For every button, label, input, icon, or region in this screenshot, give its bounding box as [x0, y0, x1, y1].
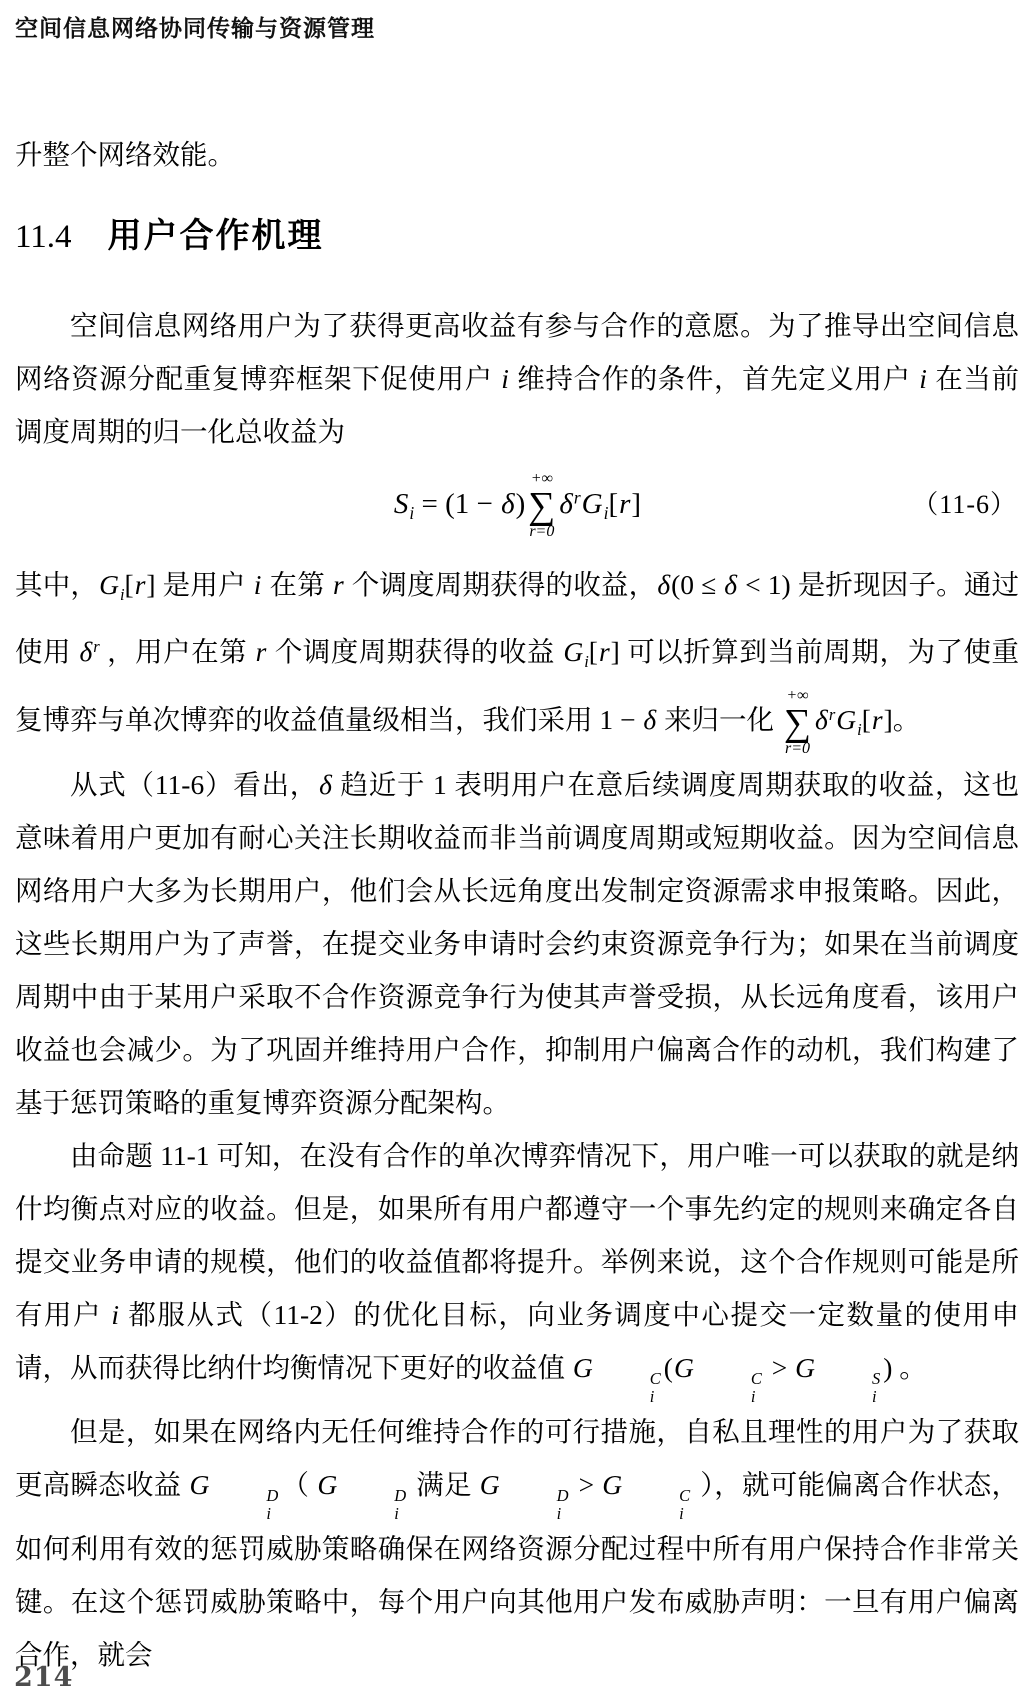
paragraph-5: 但是，如果在网络内无任何维持合作的可行措施，自私且理性的用户为了获取更高瞬态收益… [15, 1405, 1019, 1681]
stacked-supsub: Ci [696, 1370, 762, 1405]
intro-paragraph-continuation: 升整个网络效能。 [15, 128, 1019, 181]
page-number: 214 [14, 1662, 73, 1693]
document-page: 空间信息网络协同传输与资源管理 升整个网络效能。 11.4 用户合作机理 空间信… [0, 0, 1033, 1705]
stacked-supsub: Di [339, 1487, 406, 1522]
stacked-supsub: Ci [624, 1487, 690, 1522]
section-title: 用户合作机理 [108, 215, 324, 259]
summation-symbol: +∞∑r=0 [528, 471, 555, 541]
equation-number: （11-6） [912, 470, 1017, 540]
section-number: 11.4 [15, 215, 72, 259]
paragraph-4: 由命题 11-1 可知，在没有合作的单次博弈情况下，用户唯一可以获取的就是纳什均… [15, 1129, 1019, 1405]
stacked-supsub: Ci [595, 1370, 661, 1405]
stacked-supsub: Di [211, 1487, 278, 1522]
section-heading: 11.4 用户合作机理 [15, 215, 1019, 259]
page-content: 升整个网络效能。 11.4 用户合作机理 空间信息网络用户为了获得更高收益有参与… [15, 128, 1019, 1681]
equation-11-6: Si = (1 − δ)+∞∑r=0δrGi[r] （11-6） [15, 462, 1019, 548]
paragraph-2: 其中，Gi[r] 是用户 i 在第 r 个调度周期获得的收益，δ(0 ≤ δ <… [15, 558, 1019, 758]
running-head: 空间信息网络协同传输与资源管理 [15, 10, 375, 43]
summation-symbol: +∞∑r=0 [784, 688, 811, 758]
paragraph-3: 从式（11-6）看出，δ 趋近于 1 表明用户在意后续调度周期获取的收益，这也意… [15, 758, 1019, 1129]
equation-body: Si = (1 − δ)+∞∑r=0δrGi[r] [393, 488, 641, 520]
paragraph-1: 空间信息网络用户为了获得更高收益有参与合作的意愿。为了推导出空间信息网络资源分配… [15, 299, 1019, 458]
stacked-supsub: Si [817, 1370, 880, 1405]
stacked-supsub: Di [502, 1487, 569, 1522]
